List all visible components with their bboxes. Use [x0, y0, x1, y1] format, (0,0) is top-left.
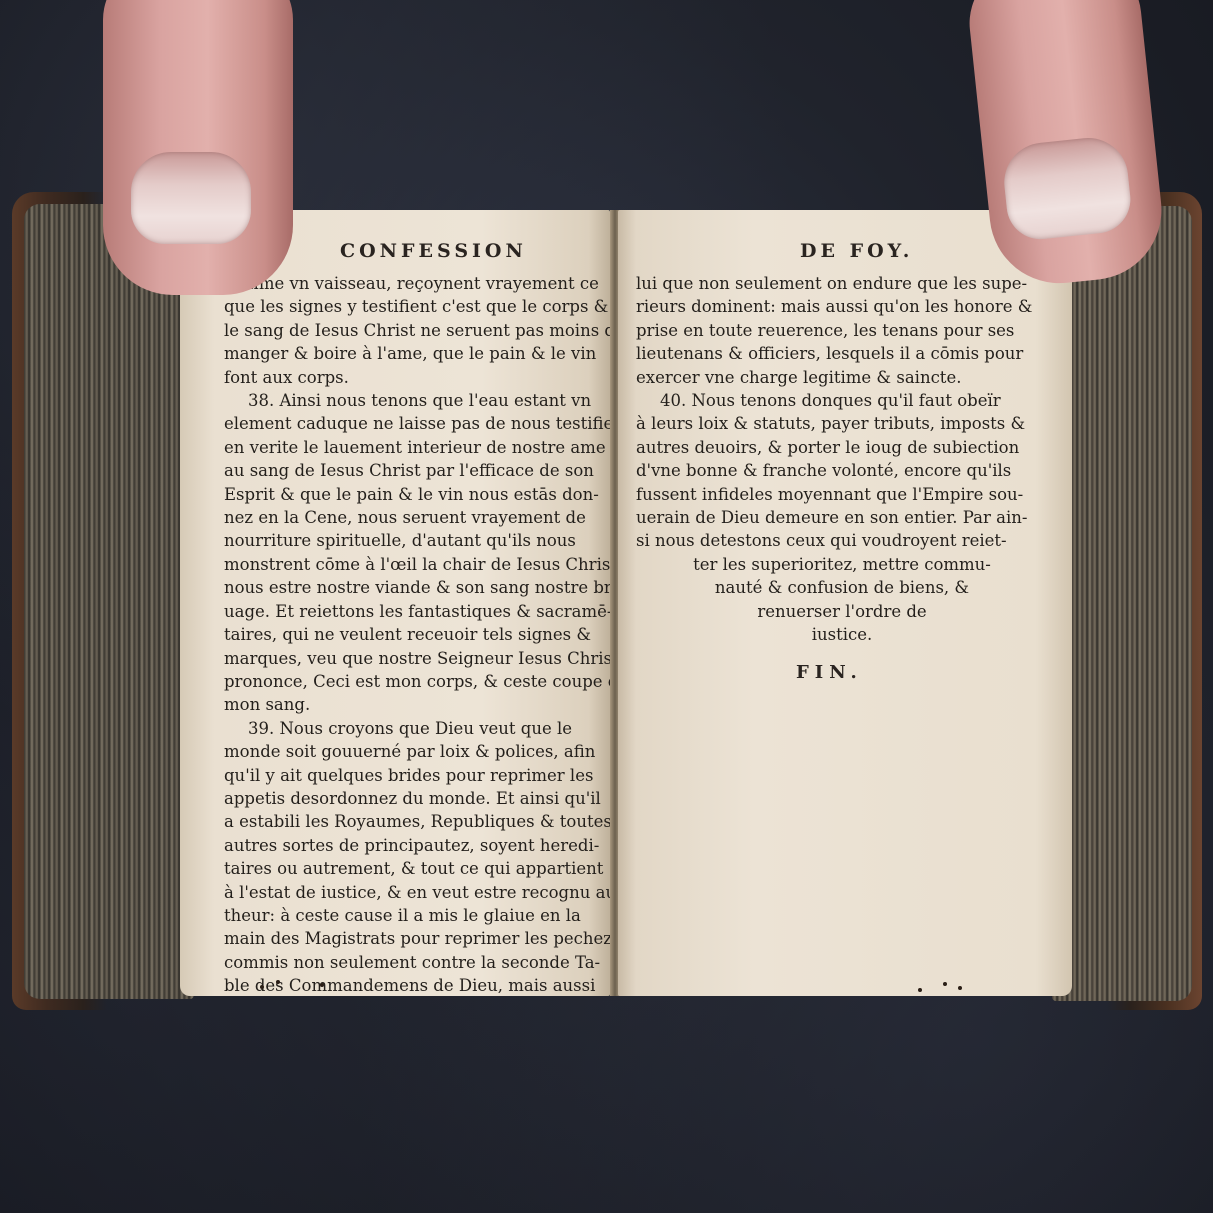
text-line: taires, qui ne veulent receuoir tels sig… [224, 623, 610, 646]
left-page: CONFESSION comme vn vaisseau, reçoynent … [180, 210, 610, 996]
open-book: CONFESSION comme vn vaisseau, reçoynent … [12, 192, 1202, 1010]
text-line-centered: iustice. [636, 623, 1048, 646]
text-line: lui que non seulement on endure que les … [636, 272, 1048, 295]
right-page-edges [1052, 206, 1192, 1001]
text-line: prise en toute reuerence, les tenans pou… [636, 319, 1048, 342]
ink-speck [320, 983, 324, 987]
text-line: nourriture spirituelle, d'autant qu'ils … [224, 529, 610, 552]
left-page-text: comme vn vaisseau, reçoynent vrayement c… [224, 272, 610, 996]
right-fingernail [1000, 134, 1133, 242]
text-line: que les signes y testifient c'est que le… [224, 295, 610, 318]
ink-speck [958, 986, 962, 990]
left-finger [103, 0, 293, 295]
text-line-centered: ter les superioritez, mettre commu- [636, 553, 1048, 576]
text-line: marques, veu que nostre Seigneur Iesus C… [224, 647, 610, 670]
text-line: prononce, Ceci est mon corps, & ceste co… [224, 670, 610, 693]
text-line: manger & boire à l'ame, que le pain & le… [224, 342, 610, 365]
text-line: rieurs dominent: mais aussi qu'on les ho… [636, 295, 1048, 318]
text-line: autres sortes de principautez, soyent he… [224, 834, 610, 857]
right-running-head: DE FOY. [800, 240, 913, 262]
right-page: DE FOY. lui que non seulement on endure … [618, 210, 1072, 996]
text-line: mon sang. [224, 693, 610, 716]
text-line: monstrent cōme à l'œil la chair de Iesus… [224, 553, 610, 576]
text-line: autres deuoirs, & porter le ioug de subi… [636, 436, 1048, 459]
text-line: nous estre nostre viande & son sang nost… [224, 576, 610, 599]
text-line: 40. Nous tenons donques qu'il faut obeïr [636, 389, 1048, 412]
text-line: qu'il y ait quelques brides pour reprime… [224, 764, 610, 787]
text-line: le sang de Iesus Christ ne seruent pas m… [224, 319, 610, 342]
ink-speck [276, 980, 280, 984]
text-line: commis non seulement contre la seconde T… [224, 951, 610, 974]
text-line: taires ou autrement, & tout ce qui appar… [224, 857, 610, 880]
text-line: Esprit & que le pain & le vin nous estās… [224, 483, 610, 506]
left-running-head: CONFESSION [340, 240, 527, 262]
text-line: uerain de Dieu demeure en son entier. Pa… [636, 506, 1048, 529]
text-line: appetis desordonnez du monde. Et ainsi q… [224, 787, 610, 810]
text-line: fussent infideles moyennant que l'Empire… [636, 483, 1048, 506]
text-line: uage. Et reiettons les fantastiques & sa… [224, 600, 610, 623]
text-line: font aux corps. [224, 366, 610, 389]
fin-end-mark: FIN. [796, 662, 863, 683]
text-line: à l'estat de iustice, & en veut estre re… [224, 881, 610, 904]
ink-speck [943, 982, 947, 986]
ink-speck [260, 985, 264, 989]
ink-speck [918, 988, 922, 992]
text-line-centered: nauté & confusion de biens, & [636, 576, 1048, 599]
left-page-edges [24, 204, 194, 999]
text-line: au sang de Iesus Christ par l'efficace d… [224, 459, 610, 482]
text-line: exercer vne charge legitime & saincte. [636, 366, 1048, 389]
text-line: monde soit gouuerné par loix & polices, … [224, 740, 610, 763]
text-line: comme vn vaisseau, reçoynent vrayement c… [224, 272, 610, 295]
text-line: d'vne bonne & franche volonté, encore qu… [636, 459, 1048, 482]
text-line: theur: à ceste cause il a mis le glaiue … [224, 904, 610, 927]
text-line: à leurs loix & statuts, payer tributs, i… [636, 412, 1048, 435]
text-line: en verite le lauement interieur de nostr… [224, 436, 610, 459]
text-line: nez en la Cene, nous seruent vrayement d… [224, 506, 610, 529]
text-line: ble des Commandemens de Dieu, mais aussi [224, 974, 610, 996]
right-page-text: lui que non seulement on endure que les … [636, 272, 1048, 647]
text-line: 39. Nous croyons que Dieu veut que le [224, 717, 610, 740]
left-fingernail [131, 152, 251, 244]
text-line: lieutenans & officiers, lesquels il a cō… [636, 342, 1048, 365]
text-line: 38. Ainsi nous tenons que l'eau estant v… [224, 389, 610, 412]
text-line-centered: renuerser l'ordre de [636, 600, 1048, 623]
text-line: si nous detestons ceux qui voudroyent re… [636, 529, 1048, 552]
text-line: a estabili les Royaumes, Republiques & t… [224, 810, 610, 833]
text-line: element caduque ne laisse pas de nous te… [224, 412, 610, 435]
text-line: main des Magistrats pour reprimer les pe… [224, 927, 610, 950]
